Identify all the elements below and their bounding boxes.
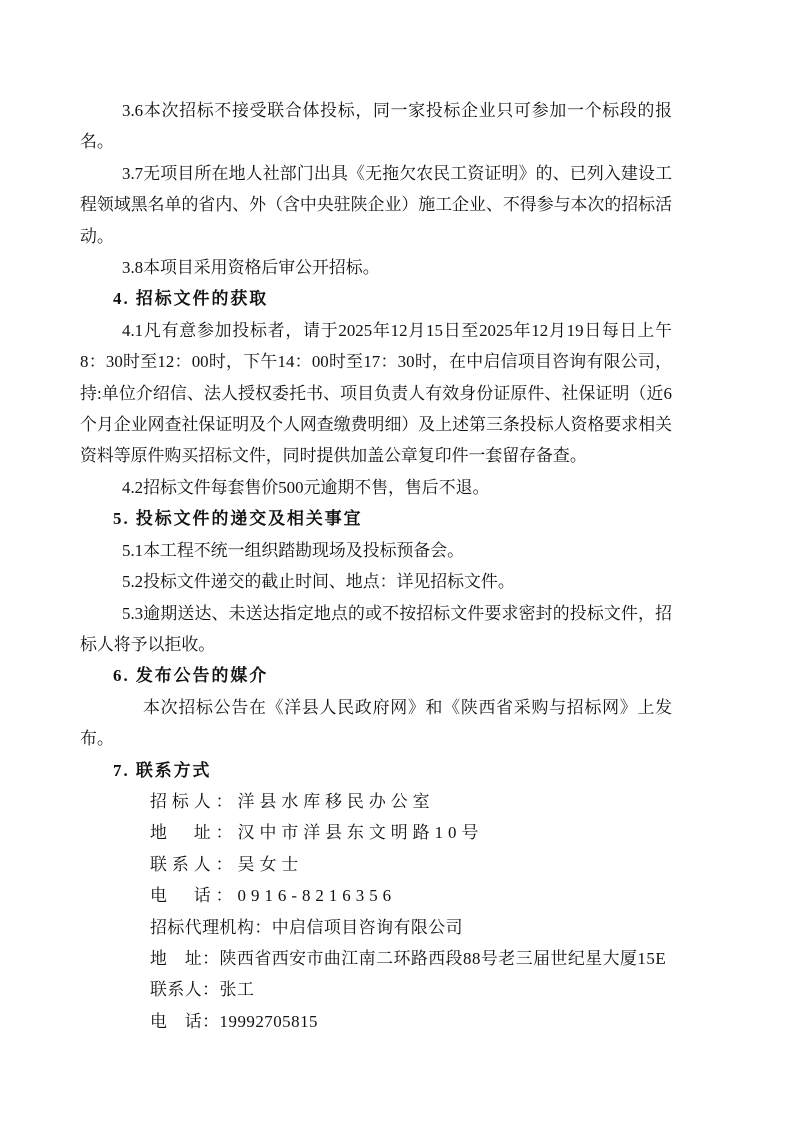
announcement-media-line: 本次招标公告在《洋县人民政府网》和《陕西省采购与招标网》上发布。: [80, 692, 672, 755]
tenderer-contact-line: 联系人：吴女士: [80, 849, 672, 880]
clause-3-8: 3.8本项目采用资格后审公开招标。: [80, 252, 672, 283]
agency-phone-line: 电 话：19992705815: [80, 1006, 672, 1037]
clause-5-3: 5.3逾期送达、未送达指定地点的或不按招标文件要求密封的投标文件，招标人将予以拒…: [80, 598, 672, 661]
clause-5-2: 5.2投标文件递交的截止时间、地点：详见招标文件。: [80, 566, 672, 597]
agency-name-line: 招标代理机构：中启信项目咨询有限公司: [80, 912, 672, 943]
agency-address-line: 地 址：陕西省西安市曲江南二环路西段88号老三届世纪星大厦15E: [80, 943, 672, 974]
tenderer-name-line: 招标人：洋县水库移民办公室: [80, 786, 672, 817]
section-4-heading: 4. 招标文件的获取: [80, 283, 672, 314]
tenderer-address-line: 地 址：汉中市洋县东文明路10号: [80, 817, 672, 848]
clause-4-1: 4.1凡有意参加投标者，请于2025年12月15日至2025年12月19日每日上…: [80, 315, 672, 472]
tenderer-phone-line: 电 话：0916-8216356: [80, 880, 672, 911]
section-7-heading: 7. 联系方式: [80, 755, 672, 786]
clause-3-7: 3.7无项目所在地人社部门出具《无拖欠农民工资证明》的、已列入建设工程领域黑名单…: [80, 158, 672, 252]
document-page: 3.6本次招标不接受联合体投标，同一家投标企业只可参加一个标段的报名。 3.7无…: [0, 0, 793, 1122]
document-content: 3.6本次招标不接受联合体投标，同一家投标企业只可参加一个标段的报名。 3.7无…: [80, 95, 672, 1037]
clause-4-2: 4.2招标文件每套售价500元逾期不售，售后不退。: [80, 472, 672, 503]
section-6-heading: 6. 发布公告的媒介: [80, 660, 672, 691]
section-5-heading: 5. 投标文件的递交及相关事宜: [80, 503, 672, 534]
agency-contact-line: 联系人：张工: [80, 974, 672, 1005]
clause-3-6: 3.6本次招标不接受联合体投标，同一家投标企业只可参加一个标段的报名。: [80, 95, 672, 158]
clause-5-1: 5.1本工程不统一组织踏勘现场及投标预备会。: [80, 535, 672, 566]
